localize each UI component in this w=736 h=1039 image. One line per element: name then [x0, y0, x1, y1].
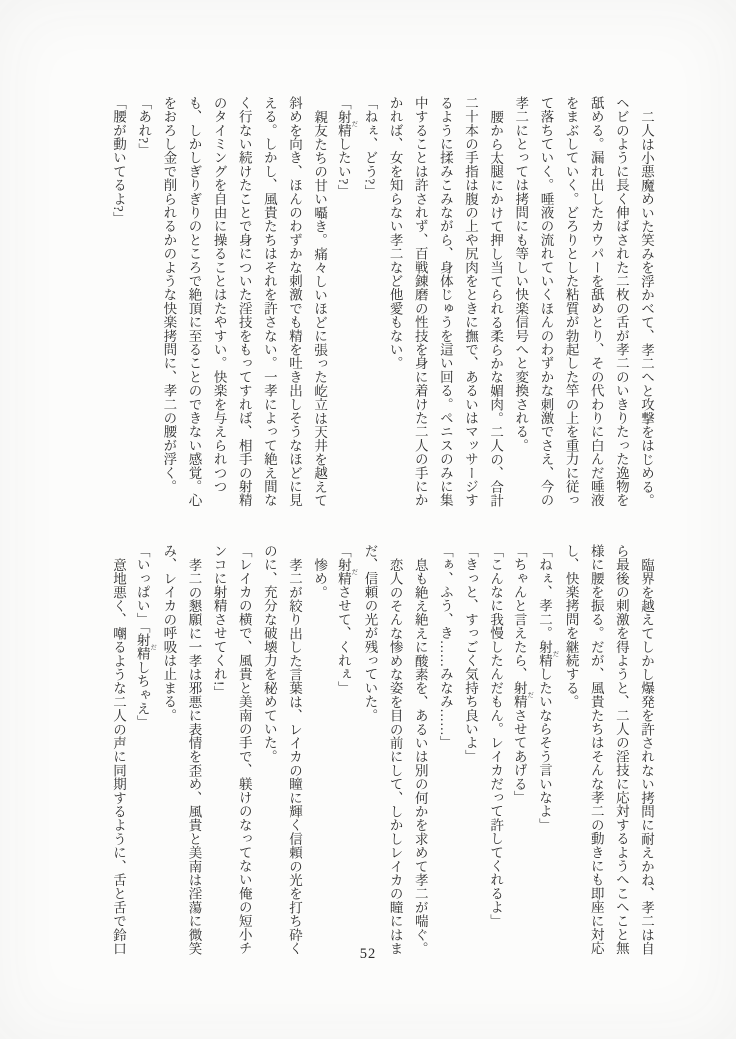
upper-text-band: 二人は小悪魔めいた笑みを浮かべて、孝二へと攻撃をはじめる。ヘビのように長く伸ばさ…: [106, 96, 659, 507]
text-line: 「レイカの横で、風貴と美南の手で、躾けのなってない俺の短小チ: [232, 544, 257, 955]
text-line: える。しかし、風貴たちはそれを許さない。一孝によって絶え間な: [257, 96, 282, 507]
text-line: て落ちていく。唾液の流れていくほんのわずかな刺激でさえ、今の: [533, 96, 558, 507]
text-line: 恋人のそんな惨めな姿を目の前にして、しかしレイカの瞳にはま: [382, 544, 407, 955]
text-line: かれば、女を知らない孝二など他愛もない。: [382, 96, 407, 507]
text-line: ら最後の刺激を得ようと、二人の淫技に応対するようへこへこと無: [609, 544, 634, 955]
text-line: 「ねぇ、孝二。射精だしたいならそう言いなよ」: [533, 544, 558, 955]
text-line: 「あれ?」: [131, 96, 156, 507]
text-line: 様に腰を振る。だが、風貴たちはそんな孝二の動きにも即座に対応: [584, 544, 609, 955]
text-line: 「腰が動いてるよ?」: [106, 96, 131, 507]
text-line: 孝二にとっては拷問にも等しい快楽信号へと変換される。: [508, 96, 533, 507]
text-line: 二十本の手指は腹の上や尻肉をときに撫で、あるいはマッサージす: [458, 96, 483, 507]
text-line: のに、充分な破壊力を秘めていた。: [257, 544, 282, 955]
text-line: 二人は小悪魔めいた笑みを浮かべて、孝二へと攻撃をはじめる。: [634, 96, 659, 507]
text-line: だ、信頼の光が残っていた。: [357, 544, 382, 955]
text-line: 親友たちの甘い囁き。痛々しいほどに張った屹立は天井を越えて: [307, 96, 332, 507]
text-line: 「ねぇ、どう?」: [357, 96, 382, 507]
furigana-word: 射精だ: [135, 633, 150, 660]
book-page: 二人は小悪魔めいた笑みを浮かべて、孝二へと攻撃をはじめる。ヘビのように長く伸ばさ…: [0, 0, 736, 1039]
text-line: をおろし金で削られるかのような快楽拷問に、孝二の腰が浮く。: [156, 96, 181, 507]
text-line: 「ちゃんと言えたら、射精ださせてあげる」: [508, 544, 533, 955]
text-line: 「きっと、すっごく気持ち良いよ」: [458, 544, 483, 955]
text-line: 息も絶え絶えに酸素を、あるいは別の何かを求めて孝二が喘ぐ。: [408, 544, 433, 955]
text-line: 腰から太腿にかけて押し当てられる柔らかな媚肉。二人の、合計: [483, 96, 508, 507]
text-line: み、レイカの呼吸は止まる。: [156, 544, 181, 955]
text-line: 「射精だしたい?」: [332, 96, 357, 507]
text-line: 惨め。: [307, 544, 332, 955]
furigana-word: 射精だ: [336, 110, 351, 137]
furigana-word: 射精だ: [512, 681, 527, 708]
text-line: をまぶしていく。どろりとした粘質が勃起した竿の上を重力に従っ: [558, 96, 583, 507]
text-line: 中することは許されず、百戦錬磨の性技を身に着けた二人の手にか: [408, 96, 433, 507]
text-line: 孝二の懇願に一孝は邪悪に表情を歪め、風貴と美南は淫蕩に微笑: [181, 544, 206, 955]
text-line: 「こんなに我慢したんだもん。レイカだって許してくれるよ」: [483, 544, 508, 955]
text-line: 孝二が絞り出した言葉は、レイカの瞳に輝く信頼の光を打ち砕く: [282, 544, 307, 955]
text-line: 「射精ださせて、くれぇ」: [332, 544, 357, 955]
furigana-word: 射精だ: [336, 558, 351, 585]
text-line: 斜めを向き、ほんのわずかな刺激でも精を吐き出しそうなほどに見: [282, 96, 307, 507]
furigana-word: 射精だ: [537, 640, 552, 667]
text-line: ンコに射精させてくれ!」: [206, 544, 231, 955]
text-line: も、しかしぎりぎりのところで絶頂に至ることのできない感覚。心: [181, 96, 206, 507]
text-line: るように揉みこみながら、身体じゅうを這い回る。ペニスのみに集: [433, 96, 458, 507]
text-line: 舐める。漏れ出したカウパーを舐めとり、その代わりに白んだ唾液: [584, 96, 609, 507]
text-line: 「いっぱい」「射精だしちゃえ」: [131, 544, 156, 955]
text-line: ヘビのように長く伸ばされた二枚の舌が孝二のいきりたった逸物を: [609, 96, 634, 507]
lower-text-band: 臨界を越えてしかし爆発を許されない拷問に耐えかね、孝二は自ら最後の刺激を得ようと…: [106, 544, 659, 955]
text-line: 「ぁ、ふう、き……みなみ……」: [433, 544, 458, 955]
page-number: 52: [0, 946, 736, 963]
text-line: 臨界を越えてしかし爆発を許されない拷問に耐えかね、孝二は自: [634, 544, 659, 955]
text-line: し、快楽拷問を継続する。: [558, 544, 583, 955]
text-line: のタイミングを自由に操ることはたやすい。快楽を与えられつつ: [206, 96, 231, 507]
text-line: 意地悪く、嘲るような二人の声に同期するように、舌と舌で鈴口: [106, 544, 131, 955]
text-line: く行ない続けたことで身についた淫技をもってすれば、相手の射精: [232, 96, 257, 507]
